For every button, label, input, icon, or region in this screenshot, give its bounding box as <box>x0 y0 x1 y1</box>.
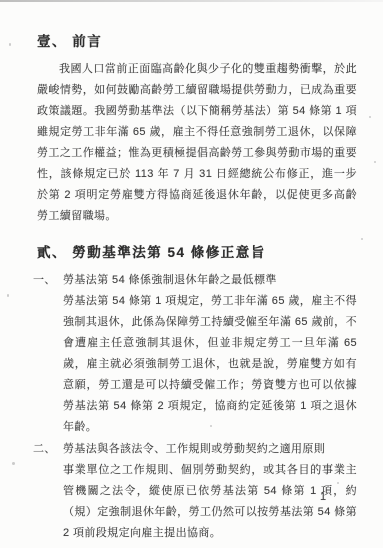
list-item-title: 勞基法與各該法令、工作規則或勞動契約之適用原則 <box>63 439 357 460</box>
foreword-paragraph: 我國人口當前正面臨高齡化與少子化的雙重趨勢衝擊，於此嚴峻情勢，如何鼓勵高齡勞工續… <box>37 59 357 227</box>
list-item-number: 一、 <box>33 270 63 291</box>
list-item-body: 事業單位之工作規則、個別勞動契約，或其各目的事業主管機關之法令，縱使原已依勞基法… <box>63 460 357 544</box>
list-item: 一、 勞基法第 54 條係強制退休年齡之最低標準 勞基法第 54 條第 1 項規… <box>37 270 357 438</box>
section-heading-foreword: 壹、 前言 <box>37 30 357 50</box>
scan-speck <box>7 294 9 297</box>
list-item-number: 二、 <box>33 439 63 460</box>
document-content: 壹、 前言 我國人口當前正面臨高齡化與少子化的雙重趨勢衝擊，於此嚴峻情勢，如何鼓… <box>37 30 357 544</box>
section-heading-amendment-purpose: 貳、 勞動基準法第 54 條修正意旨 <box>37 241 357 261</box>
list-item-body: 勞基法第 54 條第 1 項規定，勞工非年滿 65 歲，雇主不得強制其退休，此係… <box>63 291 357 438</box>
list-item-title: 勞基法第 54 條係強制退休年齡之最低標準 <box>63 270 357 291</box>
list-item: 二、 勞基法與各該法令、工作規則或勞動契約之適用原則 事業單位之工作規則、個別勞… <box>37 439 357 544</box>
scan-speck <box>9 43 11 46</box>
scanned-document-page: 壹、 前言 我國人口當前正面臨高齡化與少子化的雙重趨勢衝擊，於此嚴峻情勢，如何鼓… <box>0 0 383 548</box>
list-item-head: 一、 勞基法第 54 條係強制退休年齡之最低標準 <box>33 270 357 291</box>
list-item-head: 二、 勞基法與各該法令、工作規則或勞動契約之適用原則 <box>33 439 357 460</box>
scan-speck <box>361 238 363 240</box>
scan-artifact-top-line <box>0 0 383 2</box>
scan-speck <box>369 116 371 118</box>
section-foreword: 壹、 前言 我國人口當前正面臨高齡化與少子化的雙重趨勢衝擊，於此嚴峻情勢，如何鼓… <box>37 30 357 227</box>
page-number: 1 <box>320 491 326 503</box>
scan-speck <box>374 161 376 163</box>
scan-speck <box>12 462 15 465</box>
section-amendment-purpose: 貳、 勞動基準法第 54 條修正意旨 一、 勞基法第 54 條係強制退休年齡之最… <box>37 241 357 544</box>
